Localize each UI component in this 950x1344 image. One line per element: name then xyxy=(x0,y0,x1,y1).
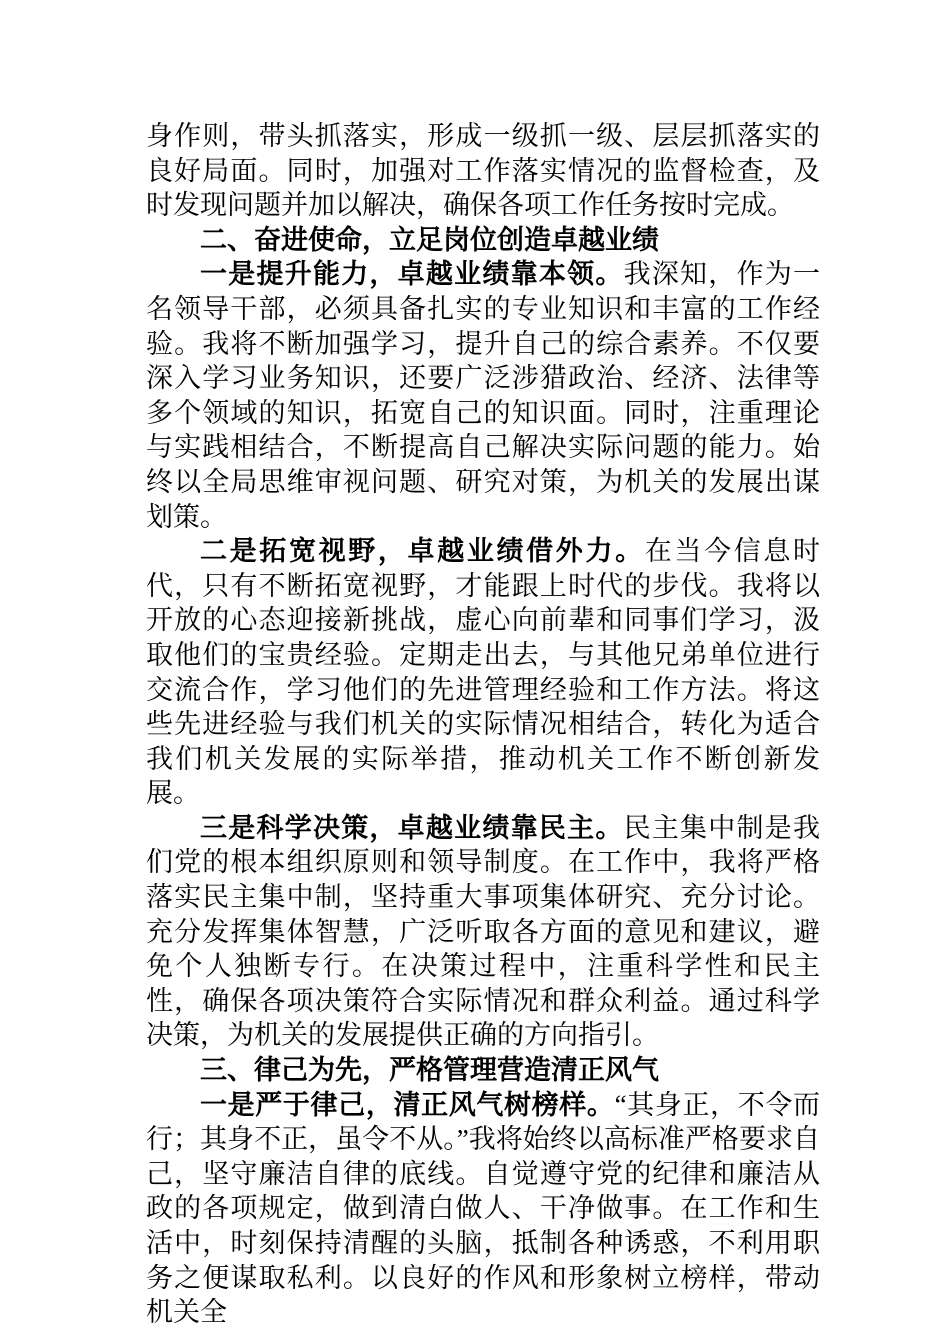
paragraph-text: 民主集中制是我们党的根本组织原则和领导制度。在工作中，我将严格落实民主集中制，坚… xyxy=(146,813,820,1051)
paragraph: 一是提升能力，卓越业绩靠本领。我深知，作为一名领导干部，必须具备扎实的专业知识和… xyxy=(146,257,820,534)
paragraph: 一是严于律己，清正风气树榜样。“其身正，不令而行；其身不正，虽令不从。”我将始终… xyxy=(146,1088,820,1330)
paragraph-lead: 二是拓宽视野，卓越业绩借外力。 xyxy=(200,536,645,566)
paragraph-text: 身作则，带头抓落实，形成一级抓一级、层层抓落实的良好局面。同时，加强对工作落实情… xyxy=(146,121,820,220)
paragraph: 三是科学决策，卓越业绩靠民主。民主集中制是我们党的根本组织原则和领导制度。在工作… xyxy=(146,811,820,1053)
paragraph-lead: 三是科学决策，卓越业绩靠民主。 xyxy=(200,813,624,843)
paragraph-lead: 一是严于律己，清正风气树榜样。 xyxy=(200,1090,615,1120)
paragraph-text: 在当今信息时代，只有不断拓宽视野，才能跟上时代的步伐。我将以开放的心态迎接新挑战… xyxy=(146,536,820,808)
document-content: 身作则，带头抓落实，形成一级抓一级、层层抓落实的良好局面。同时，加强对工作落实情… xyxy=(146,119,820,1330)
document-page: 身作则，带头抓落实，形成一级抓一级、层层抓落实的良好局面。同时，加强对工作落实情… xyxy=(0,0,950,1344)
section-heading: 三、律己为先，严格管理营造清正风气 xyxy=(146,1053,820,1088)
paragraph-continuation: 身作则，带头抓落实，形成一级抓一级、层层抓落实的良好局面。同时，加强对工作落实情… xyxy=(146,119,820,223)
paragraph-lead: 一是提升能力，卓越业绩靠本领。 xyxy=(200,259,624,289)
section-heading: 二、奋进使命，立足岗位创造卓越业绩 xyxy=(146,223,820,258)
paragraph-text: 我深知，作为一名领导干部，必须具备扎实的专业知识和丰富的工作经验。我将不断加强学… xyxy=(146,259,820,531)
paragraph: 二是拓宽视野，卓越业绩借外力。在当今信息时代，只有不断拓宽视野，才能跟上时代的步… xyxy=(146,534,820,811)
paragraph-text: “其身正，不令而行；其身不正，虽令不从。”我将始终以高标准严格要求自己，坚守廉洁… xyxy=(146,1090,820,1328)
